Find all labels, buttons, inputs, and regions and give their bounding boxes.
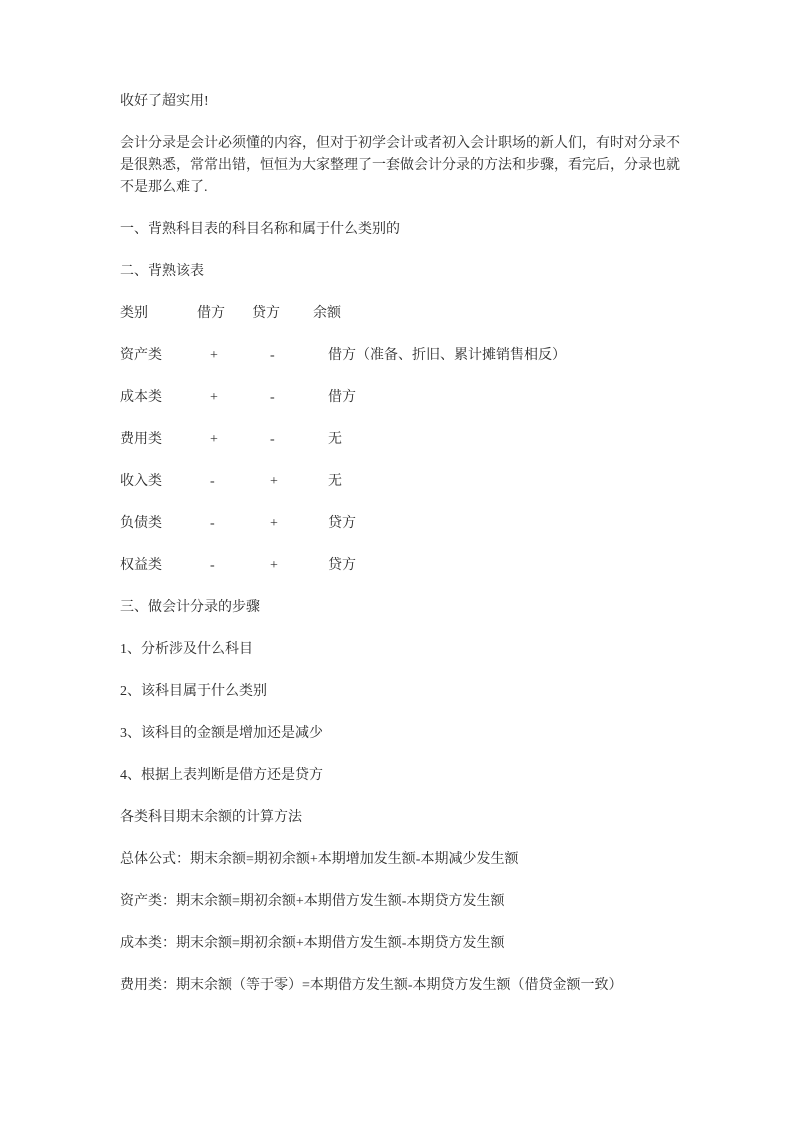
row-balance: 无 (328, 471, 680, 493)
row-debit-sign: - (210, 513, 270, 535)
formula-line: 成本类：期末余额=期初余额+本期借方发生额-本期贷方发生额 (120, 933, 680, 955)
row-credit-sign: + (270, 513, 328, 535)
table-row: 成本类 + - 借方 (120, 387, 680, 409)
row-balance: 借方 (328, 387, 680, 409)
row-balance: 无 (328, 429, 680, 451)
row-category: 成本类 (120, 387, 210, 409)
table-row: 收入类 - + 无 (120, 471, 680, 493)
document-page: 收好了超实用! 会计分录是会计必须懂的内容，但对于初学会计或者初入会计职场的新人… (0, 0, 793, 1122)
row-credit-sign: + (270, 555, 328, 577)
intro-paragraph: 会计分录是会计必须懂的内容，但对于初学会计或者初入会计职场的新人们，有时对分录不… (120, 133, 680, 199)
header-category: 类别 (120, 303, 197, 325)
row-balance: 贷方 (328, 513, 680, 535)
table-row: 负债类 - + 贷方 (120, 513, 680, 535)
row-balance: 借方（准备、折旧、累计摊销售相反） (328, 345, 680, 367)
formula-line: 资产类：期末余额=期初余额+本期借方发生额-本期贷方发生额 (120, 891, 680, 913)
heading-section-three: 三、做会计分录的步骤 (120, 597, 680, 619)
row-category: 负债类 (120, 513, 210, 535)
row-category: 资产类 (120, 345, 210, 367)
formula-line: 费用类：期末余额（等于零）=本期借方发生额-本期贷方发生额（借贷金额一致） (120, 975, 680, 997)
heading-section-two: 二、背熟该表 (120, 261, 680, 283)
row-credit-sign: + (270, 471, 328, 493)
heading-section-one: 一、背熟科目表的科目名称和属于什么类别的 (120, 219, 680, 241)
row-debit-sign: - (210, 555, 270, 577)
row-category: 权益类 (120, 555, 210, 577)
table-row: 权益类 - + 贷方 (120, 555, 680, 577)
row-credit-sign: - (270, 345, 328, 367)
header-debit: 借方 (197, 303, 252, 325)
step-item: 3、该科目的金额是增加还是减少 (120, 723, 680, 745)
table-row: 费用类 + - 无 (120, 429, 680, 451)
row-debit-sign: - (210, 471, 270, 493)
row-credit-sign: - (270, 429, 328, 451)
row-balance: 贷方 (328, 555, 680, 577)
summary-title: 各类科目期末余额的计算方法 (120, 807, 680, 829)
row-category: 收入类 (120, 471, 210, 493)
step-item: 2、该科目属于什么类别 (120, 681, 680, 703)
table-header-row: 类别 借方 贷方 余额 (120, 303, 680, 325)
row-debit-sign: + (210, 345, 270, 367)
formula-line: 总体公式：期末余额=期初余额+本期增加发生额-本期减少发生额 (120, 849, 680, 871)
header-balance: 余额 (313, 303, 680, 325)
step-item: 4、根据上表判断是借方还是贷方 (120, 765, 680, 787)
row-credit-sign: - (270, 387, 328, 409)
table-row: 资产类 + - 借方（准备、折旧、累计摊销售相反） (120, 345, 680, 367)
intro-line: 收好了超实用! (120, 91, 680, 113)
step-item: 1、分析涉及什么科目 (120, 639, 680, 661)
row-category: 费用类 (120, 429, 210, 451)
row-debit-sign: + (210, 429, 270, 451)
row-debit-sign: + (210, 387, 270, 409)
header-credit: 贷方 (252, 303, 313, 325)
